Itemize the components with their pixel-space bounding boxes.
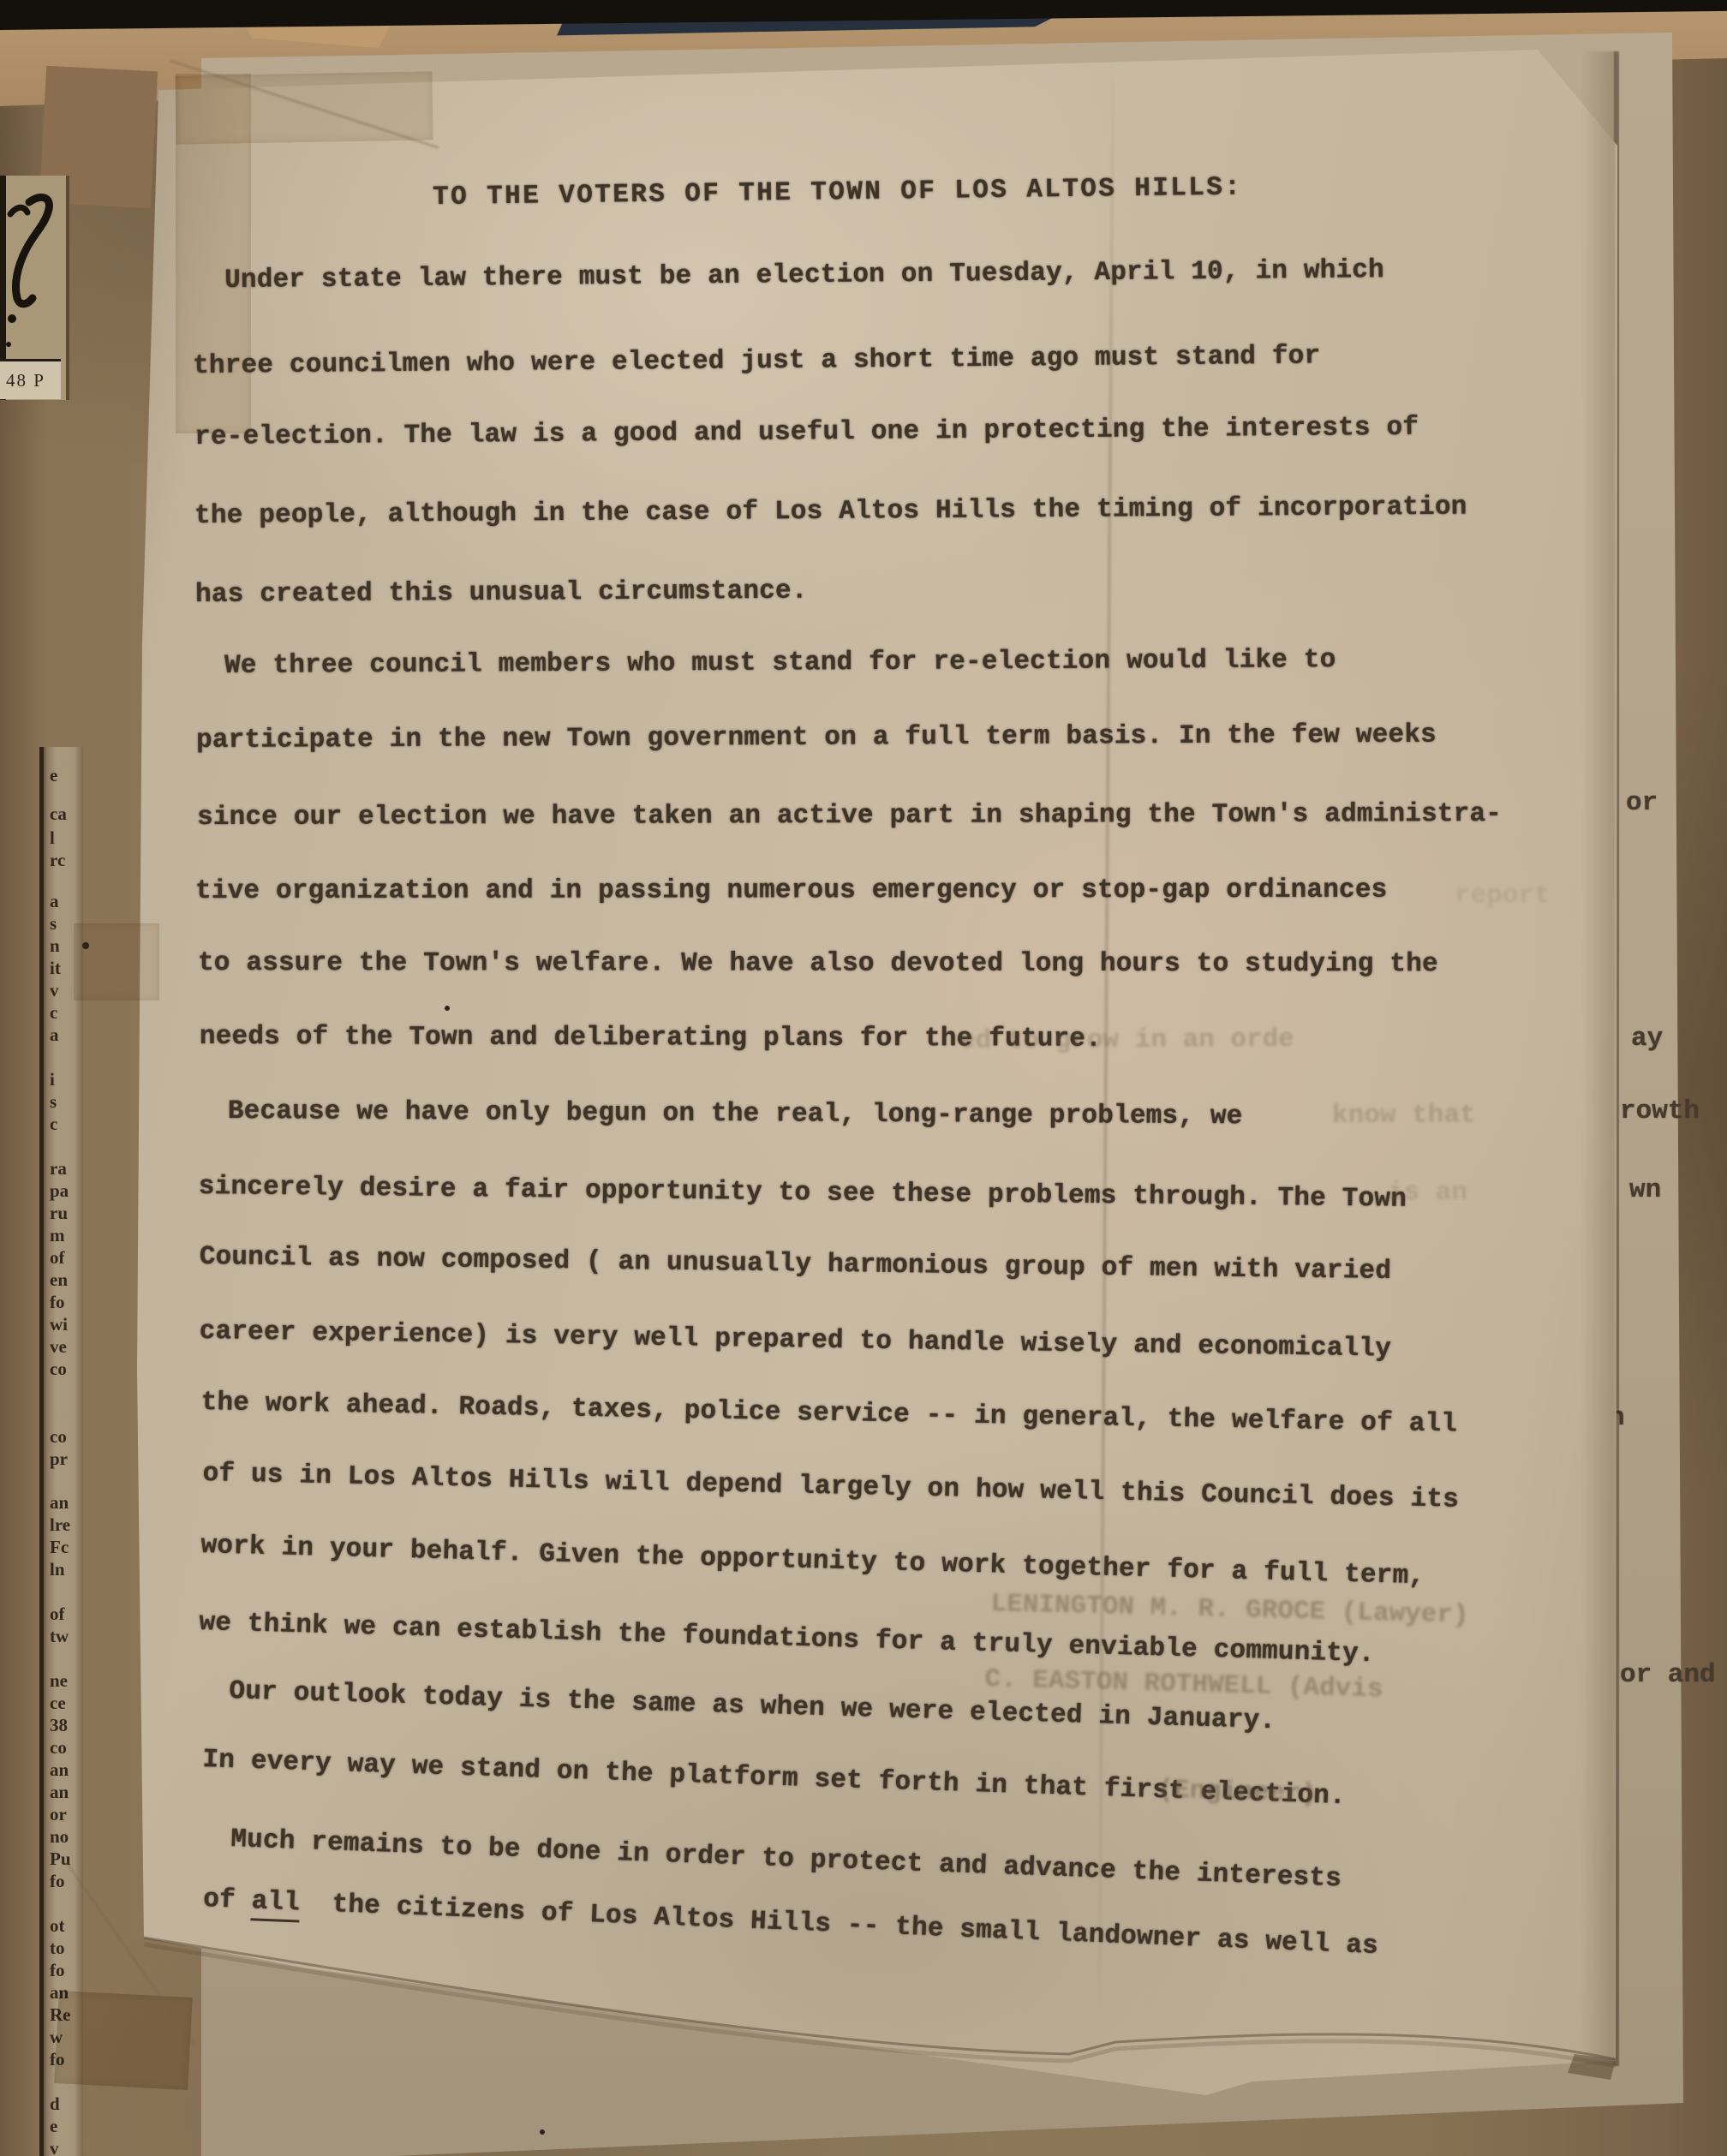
newsprint-fragment: tw — [50, 1626, 69, 1647]
tape-piece — [54, 1991, 192, 2090]
newsprint-fragment: to — [50, 1938, 65, 1959]
clipping-page-label: 48 P — [0, 359, 61, 399]
ghost-line: know that — [1332, 1100, 1476, 1131]
under-sheet-text-fragment: rowth — [1620, 1096, 1700, 1126]
newsprint-fragment: en — [50, 1269, 68, 1291]
newsprint-fragment: v — [50, 980, 59, 1001]
ghost-line: is an — [1388, 1178, 1467, 1208]
newsprint-fragment: ne — [50, 1670, 68, 1692]
newsprint-fragment: or — [50, 1804, 67, 1825]
newsprint-fragment: ln — [50, 1559, 65, 1580]
newsprint-fragment: an — [50, 1759, 69, 1781]
newsprint-fragment: ru — [50, 1203, 68, 1224]
newsprint-fragment: lre — [50, 1514, 70, 1536]
ghost-line: report — [1455, 881, 1551, 911]
newsprint-fragment: co — [50, 1359, 67, 1380]
newsprint-fragment: e — [50, 765, 57, 786]
under-sheet-text-fragment: or and — [1620, 1660, 1716, 1690]
tape-piece — [74, 923, 159, 1000]
newsprint-fragment: Fc — [50, 1537, 69, 1558]
newsprint-fragment: a — [50, 1024, 59, 1046]
newsprint-fragment: of — [50, 1247, 65, 1269]
newsprint-fragment: ot — [50, 1915, 65, 1937]
newsprint-fragment: s — [50, 913, 57, 935]
newsprint-fragment: fo — [50, 1292, 65, 1313]
newsprint-fragment: 38 — [50, 1715, 68, 1736]
newsprint-fragment: pr — [50, 1448, 68, 1470]
newsprint-fragment: an — [50, 1782, 69, 1803]
typed-line: participate in the new Town government o… — [196, 720, 1437, 755]
newsprint-fragment: pa — [50, 1180, 69, 1202]
newsprint-fragment: l — [50, 827, 55, 849]
newsprint-fragment: no — [50, 1826, 69, 1848]
newsprint-fragment: co — [50, 1426, 67, 1448]
ghost-line: ed to grow in an orde — [959, 1024, 1294, 1056]
newsprint-fragment: s — [50, 1091, 57, 1113]
typed-line: since our election we have taken an acti… — [197, 799, 1502, 833]
newsprint-fragment: co — [50, 1737, 67, 1759]
under-sheet-text-fragment: or — [1626, 788, 1658, 818]
newsprint-fragment: fo — [50, 1871, 65, 1892]
typed-line: We three council members who must stand … — [224, 645, 1336, 681]
newsprint-fragment: wi — [50, 1314, 68, 1335]
typed-line: Because we have only begun on the real, … — [228, 1096, 1243, 1132]
typed-line: tive organization and in passing numerou… — [195, 875, 1387, 906]
newsprint-fragment: rc — [50, 850, 65, 871]
typed-line: to assure the Town's welfare. We have al… — [198, 948, 1438, 979]
newsprint-fragment: v — [50, 2138, 59, 2156]
under-sheet-text-fragment: ay — [1631, 1024, 1663, 1054]
newsprint-fragment: m — [50, 1225, 65, 1246]
under-sheet-text-fragment: wn — [1629, 1175, 1661, 1205]
newsprint-fragment: i — [50, 1069, 55, 1090]
newsprint-fragment: ra — [50, 1158, 67, 1180]
newsprint-fragment: d — [50, 2093, 60, 2115]
newsprint-fragment: c — [50, 1002, 57, 1024]
newsprint-fragment: n — [50, 935, 60, 957]
newsprint-fragment: ca — [50, 803, 67, 825]
newsprint-fragment: e — [50, 2116, 57, 2137]
newsprint-fragment: ce — [50, 1693, 66, 1714]
newsprint-fragment: a — [50, 891, 59, 912]
newsprint-fragment: c — [50, 1114, 57, 1135]
newsprint-fragment: fo — [50, 1960, 65, 1981]
newsprint-fragment: ve — [50, 1336, 67, 1358]
newsprint-fragment: an — [50, 1492, 69, 1514]
ghost-line: (Engineer) — [1157, 1775, 1318, 1810]
newsprint-fragment: Pu — [50, 1848, 71, 1870]
typed-line: has created this unusual circumstance. — [195, 576, 808, 610]
newsprint-fragment: it — [50, 958, 61, 979]
newsprint-fragment: of — [50, 1604, 65, 1625]
